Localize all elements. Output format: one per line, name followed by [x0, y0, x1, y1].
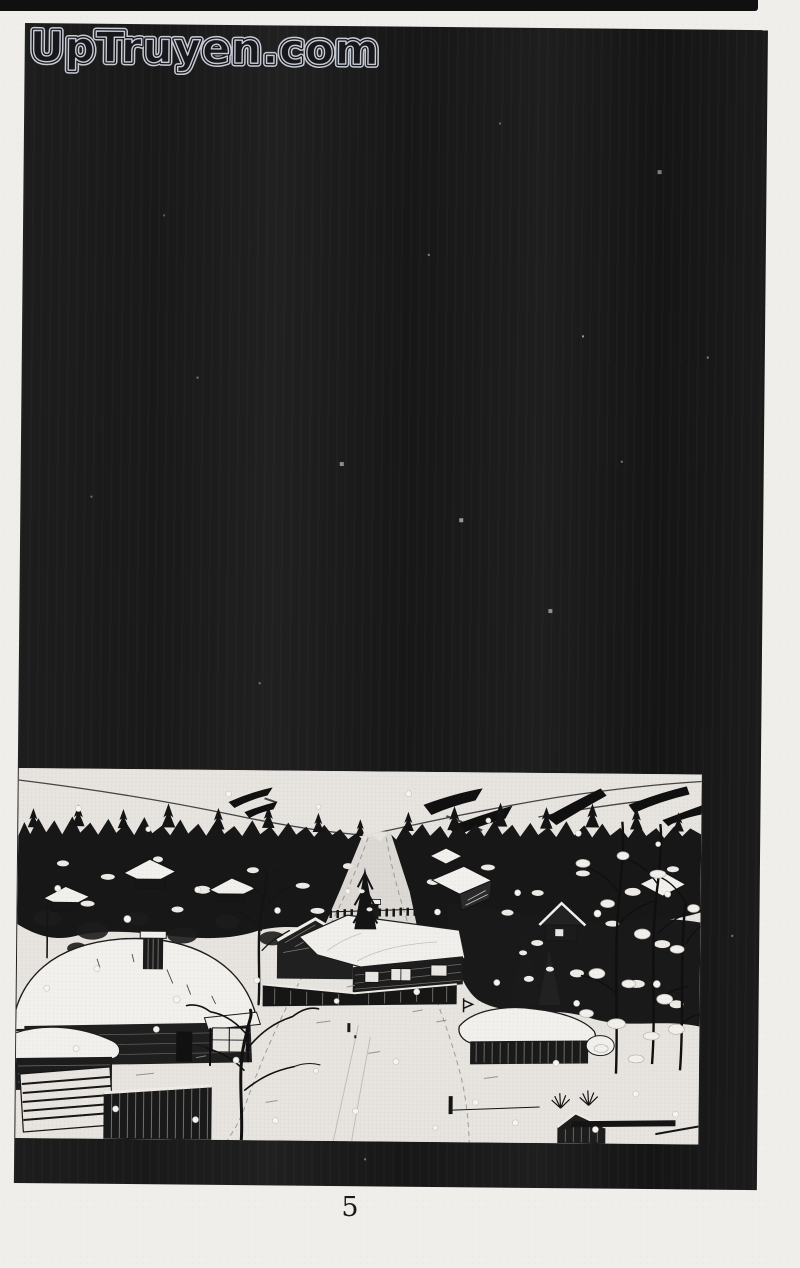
page-number: 5	[330, 1192, 370, 1223]
black-spread-panel: UpTruyen.com UpTruyen.com UpTruyen.com	[14, 23, 768, 1190]
watermark-text: UpTruyen.com	[30, 22, 381, 74]
halftone-overlay	[15, 768, 702, 1145]
dust-specks	[25, 23, 27, 25]
watermark: UpTruyen.com UpTruyen.com UpTruyen.com	[27, 13, 388, 88]
watermark-text-group: UpTruyen.com UpTruyen.com UpTruyen.com	[30, 22, 381, 74]
manga-page: UpTruyen.com UpTruyen.com UpTruyen.com	[0, 0, 800, 1268]
scan-edge-strip	[0, 0, 758, 11]
village-panel-art	[15, 768, 702, 1145]
